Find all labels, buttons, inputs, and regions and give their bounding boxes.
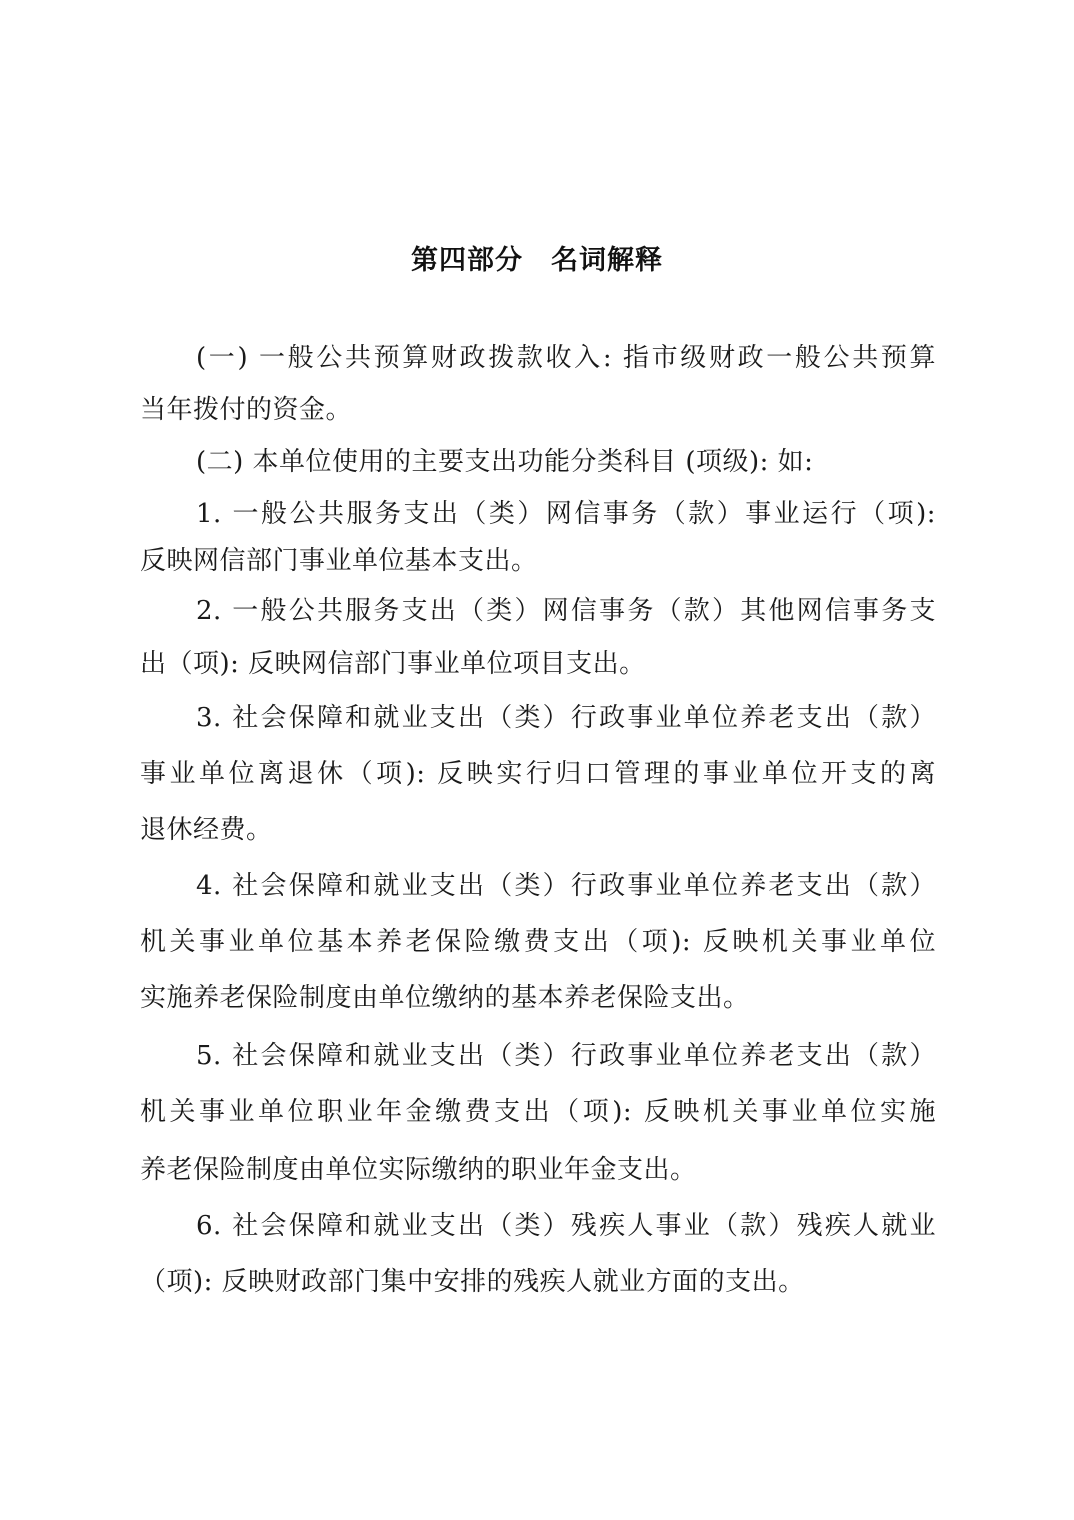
- paragraph-line: 机关事业单位职业年金缴费支出（项): 反映机关事业单位实施: [140, 1095, 936, 1129]
- paragraph-line: 3. 社会保障和就业支出（类）行政事业单位养老支出（款）: [196, 701, 936, 735]
- paragraph-line: (一) 一般公共预算财政拨款收入: 指市级财政一般公共预算: [196, 341, 936, 375]
- paragraph-line: （项): 反映财政部门集中安排的残疾人就业方面的支出。: [140, 1265, 936, 1299]
- paragraph-line: 实施养老保险制度由单位缴纳的基本养老保险支出。: [140, 981, 936, 1015]
- paragraph-line: 反映网信部门事业单位基本支出。: [140, 544, 936, 578]
- paragraph-line: 当年拨付的资金。: [140, 393, 936, 427]
- paragraph-line: 机关事业单位基本养老保险缴费支出（项): 反映机关事业单位: [140, 925, 936, 959]
- page-title: 第四部分 名词解释: [0, 238, 1074, 277]
- paragraph-line: 养老保险制度由单位实际缴纳的职业年金支出。: [140, 1153, 936, 1187]
- paragraph-line: 退休经费。: [140, 813, 936, 847]
- paragraph-line: 出（项): 反映网信部门事业单位项目支出。: [140, 647, 936, 681]
- paragraph-line: 事业单位离退休（项): 反映实行归口管理的事业单位开支的离: [140, 757, 936, 791]
- paragraph-line: 2. 一般公共服务支出（类）网信事务（款）其他网信事务支: [196, 594, 936, 628]
- document-page: 第四部分 名词解释 (一) 一般公共预算财政拨款收入: 指市级财政一般公共预算 …: [0, 0, 1074, 1520]
- paragraph-line: 4. 社会保障和就业支出（类）行政事业单位养老支出（款）: [196, 869, 936, 903]
- paragraph-line: (二) 本单位使用的主要支出功能分类科目 (项级): 如:: [196, 445, 936, 479]
- paragraph-line: 6. 社会保障和就业支出（类）残疾人事业（款）残疾人就业: [196, 1209, 936, 1243]
- paragraph-line: 5. 社会保障和就业支出（类）行政事业单位养老支出（款）: [196, 1039, 936, 1073]
- paragraph-line: 1. 一般公共服务支出（类）网信事务（款）事业运行（项):: [196, 497, 936, 531]
